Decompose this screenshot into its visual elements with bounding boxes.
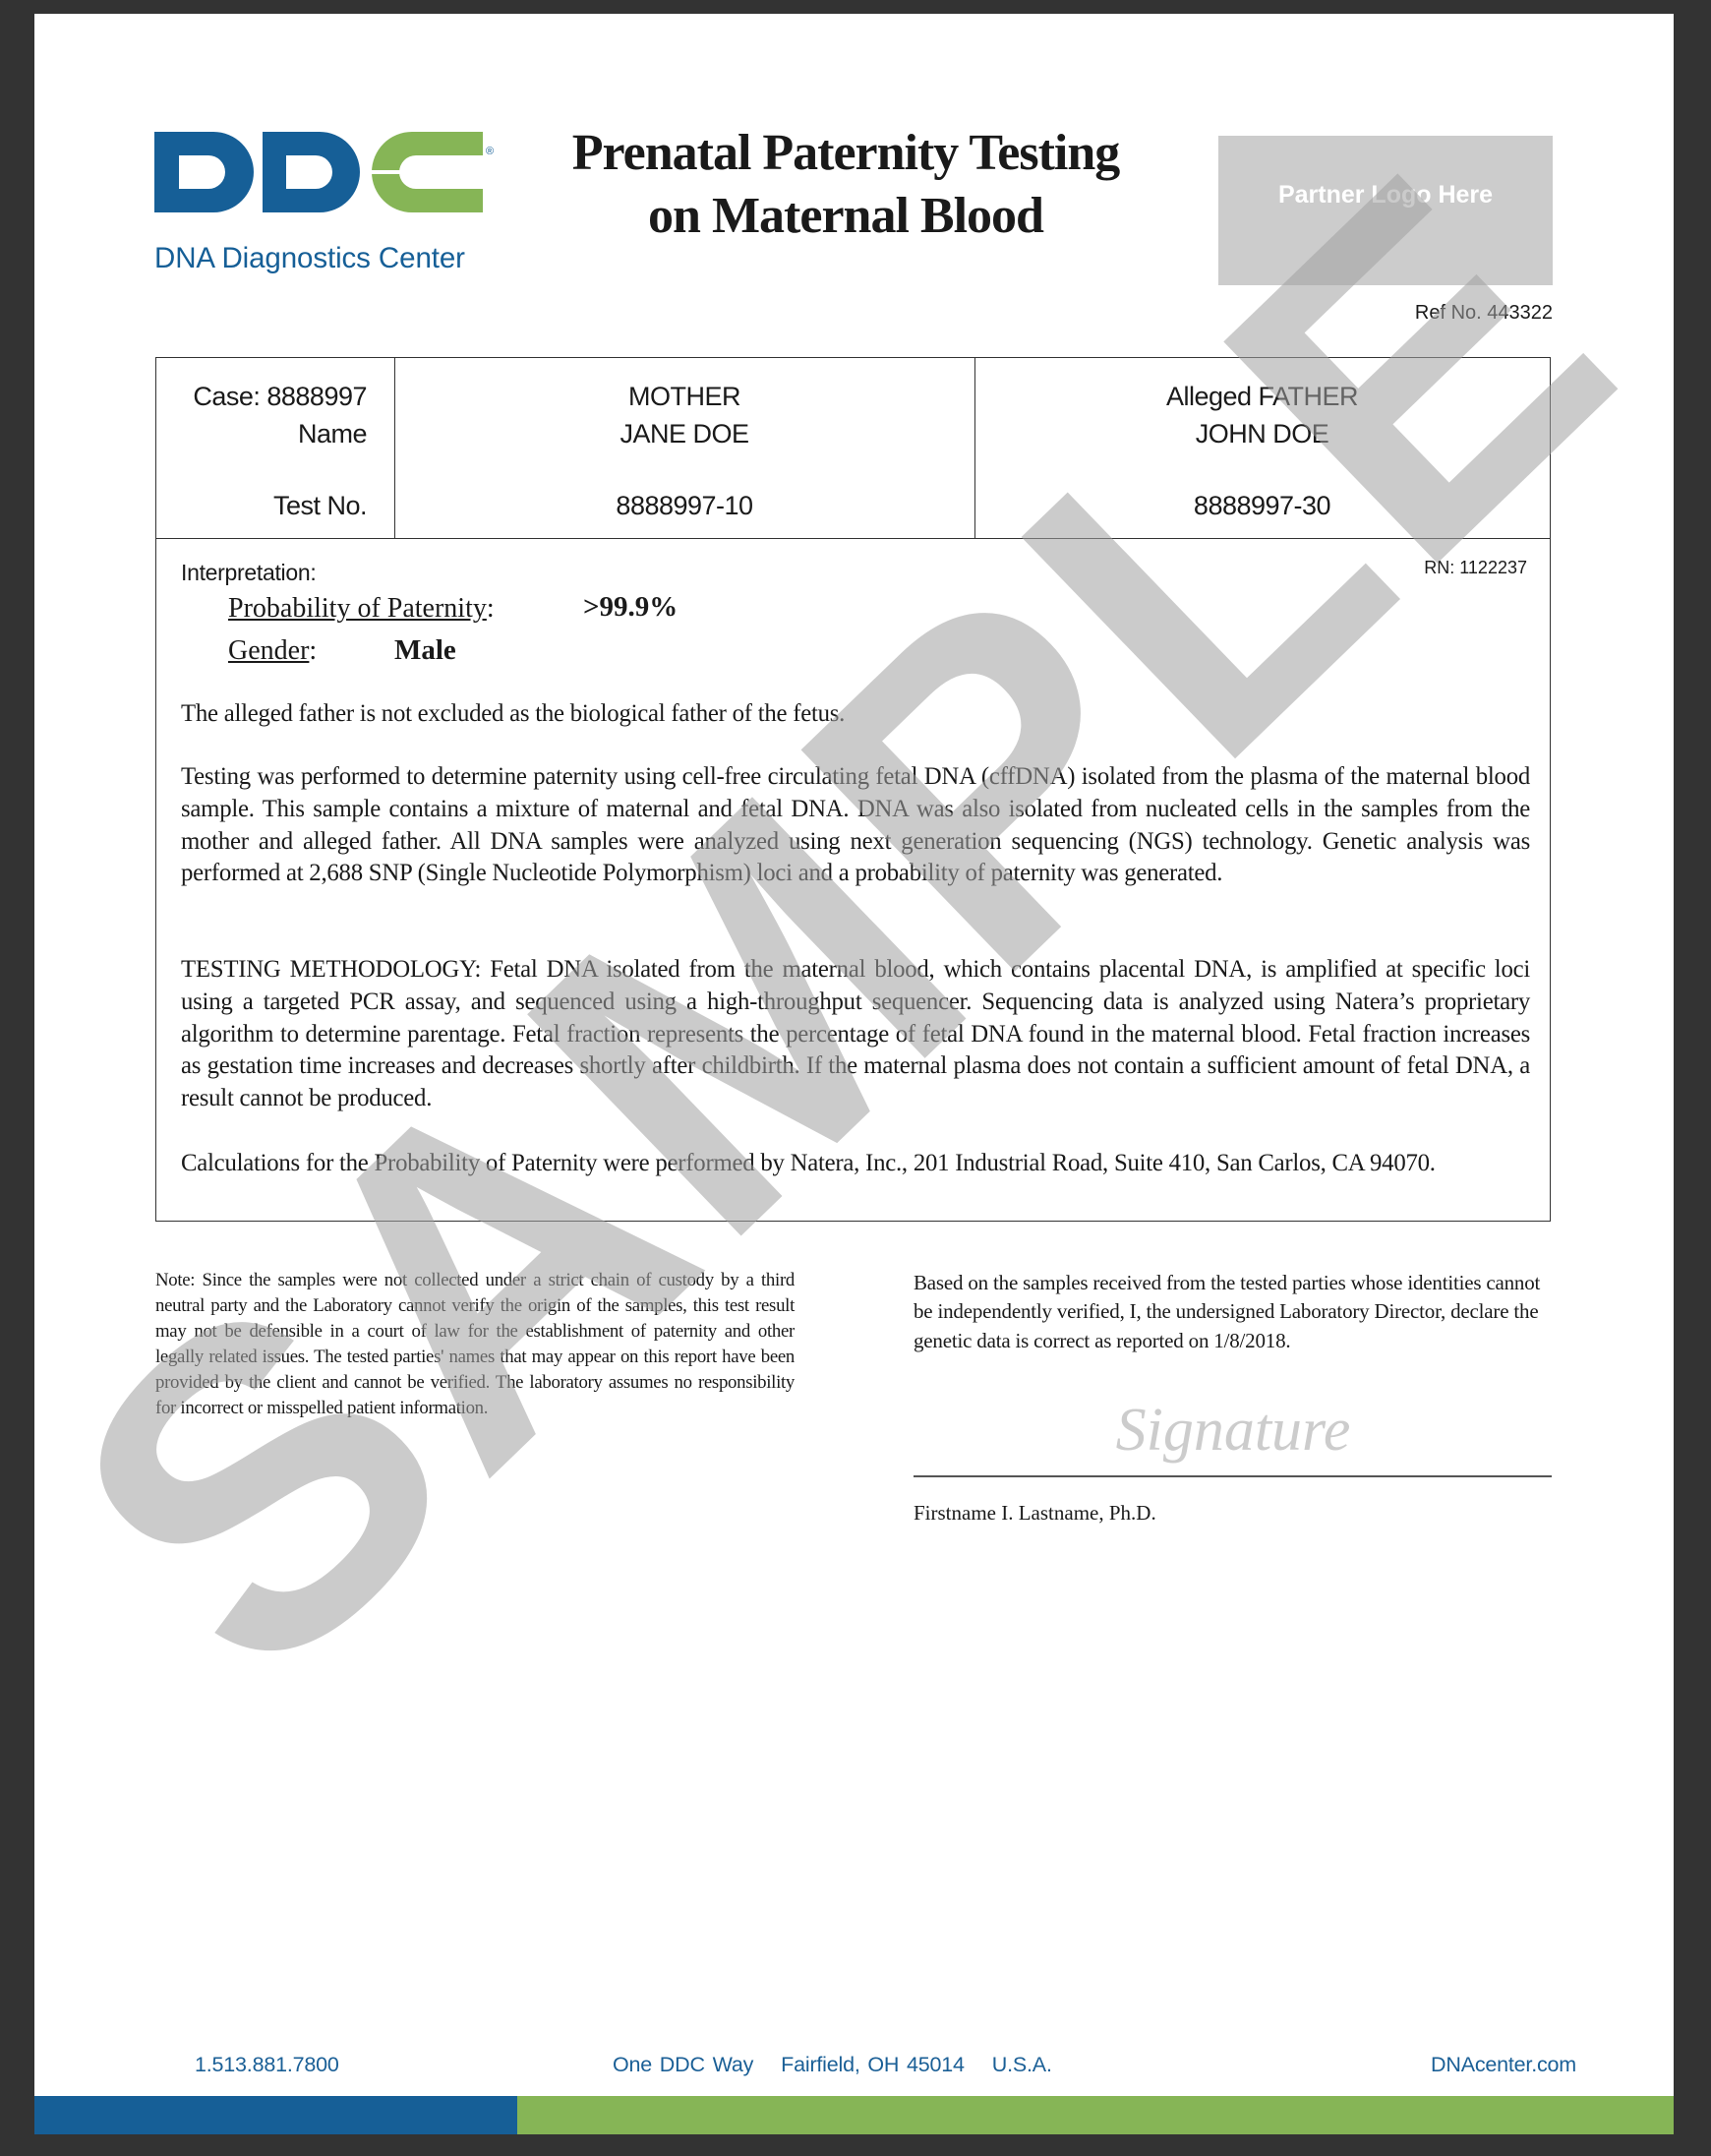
mother-test-no: 8888997-10 <box>394 491 974 521</box>
report-page: ® DNA Diagnostics Center Prenatal Patern… <box>34 14 1674 2134</box>
father-role: Alleged FATHER <box>974 382 1550 412</box>
footer-bar-blue <box>34 2096 517 2134</box>
footer-address: One DDC WayFairfield, OH 45014U.S.A. <box>613 2053 1080 2077</box>
probability-value: >99.9% <box>583 591 678 624</box>
name-label: Name <box>298 419 367 449</box>
interpretation-label: Interpretation: <box>181 560 316 586</box>
signature-line <box>914 1475 1552 1477</box>
ddc-logo-mark-icon <box>154 132 489 212</box>
probability-label: Probability of Paternity: <box>228 593 495 625</box>
footer-phone[interactable]: 1.513.881.7800 <box>195 2053 339 2077</box>
footer-street: One DDC Way <box>613 2053 753 2076</box>
ref-number: Ref No. 443322 <box>1415 302 1553 325</box>
footer-bar-green <box>517 2096 1674 2134</box>
custody-note: Note: Since the samples were not collect… <box>155 1268 795 1420</box>
results-table: Case: 8888997 Name Test No. MOTHER JANE … <box>155 357 1551 1222</box>
footer-city: Fairfield, OH 45014 <box>781 2053 965 2076</box>
gender-value: Male <box>394 634 456 667</box>
conclusion-paragraph: The alleged father is not excluded as th… <box>181 698 1530 731</box>
title-line-1: Prenatal Paternity Testing <box>447 122 1244 185</box>
methodology-paragraph: TESTING METHODOLOGY: Fetal DNA isolated … <box>181 954 1530 1115</box>
probability-colon: : <box>487 593 495 624</box>
director-declaration: Based on the samples received from the t… <box>914 1269 1543 1355</box>
partner-logo-placeholder: Partner Logo Here <box>1218 136 1553 285</box>
mother-column: MOTHER JANE DOE 8888997-10 <box>394 358 975 538</box>
signer-name: Firstname I. Lastname, Ph.D. <box>914 1501 1156 1526</box>
mother-role: MOTHER <box>394 382 974 412</box>
report-title: Prenatal Paternity Testing on Maternal B… <box>447 122 1244 248</box>
test-no-label: Test No. <box>273 491 367 521</box>
gender-label-text: Gender <box>228 635 309 666</box>
labels-column: Case: 8888997 Name Test No. <box>156 358 395 538</box>
rn-number: RN: 1122237 <box>1424 558 1527 578</box>
mother-name: JANE DOE <box>394 419 974 449</box>
case-number: Case: 8888997 <box>193 382 367 412</box>
father-name: JOHN DOE <box>974 419 1550 449</box>
calculations-paragraph: Calculations for the Probability of Pate… <box>181 1148 1530 1180</box>
logo-tagline: DNA Diagnostics Center <box>154 242 465 275</box>
title-line-2: on Maternal Blood <box>447 185 1244 248</box>
father-test-no: 8888997-30 <box>974 491 1550 521</box>
parties-header-row: Case: 8888997 Name Test No. MOTHER JANE … <box>156 358 1550 539</box>
gender-label: Gender: <box>228 635 317 667</box>
father-column: Alleged FATHER JOHN DOE 8888997-30 <box>974 358 1550 538</box>
signature-placeholder: Signature <box>914 1396 1553 1466</box>
gender-colon: : <box>309 635 317 666</box>
footer-website-link[interactable]: DNAcenter.com <box>1431 2053 1576 2077</box>
probability-label-text: Probability of Paternity <box>228 593 487 624</box>
footer-country: U.S.A. <box>992 2053 1052 2076</box>
testing-paragraph: Testing was performed to determine pater… <box>181 761 1530 890</box>
